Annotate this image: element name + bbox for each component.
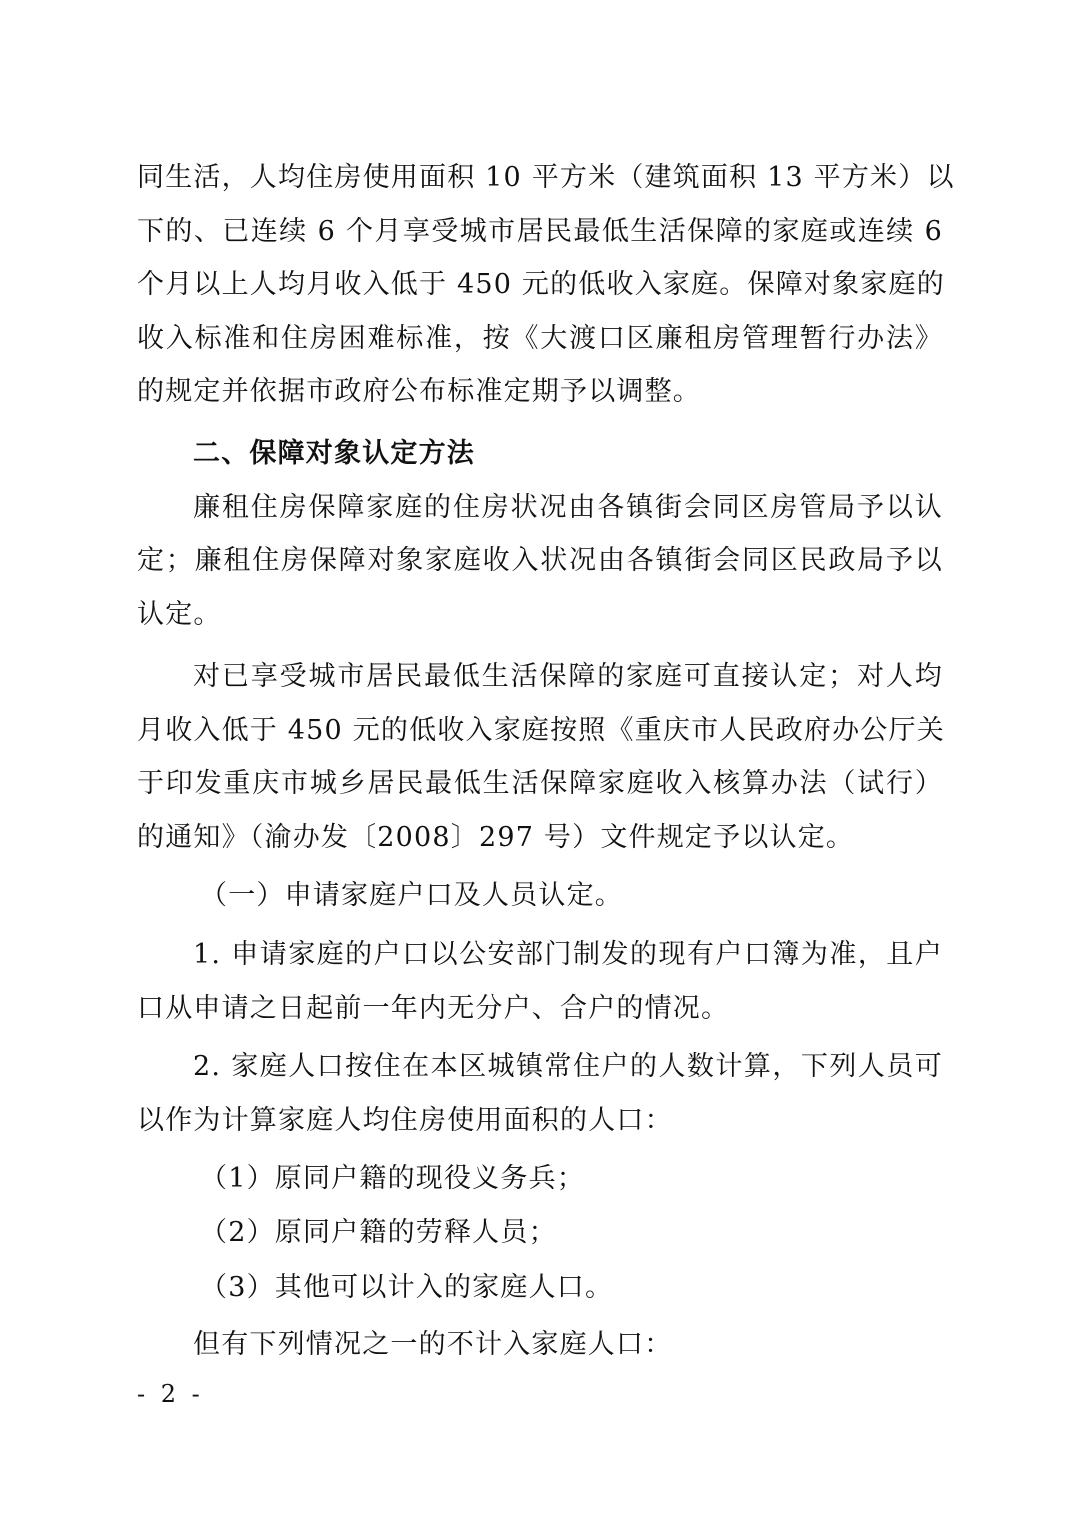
paragraph-line: 于印发重庆市城乡居民最低生活保障家庭收入核算办法（试行）: [137, 764, 943, 804]
list-item-line: 1. 申请家庭的户口以公安部门制发的现有户口簿为准，且户: [193, 935, 943, 975]
paragraph-line: 认定。: [137, 595, 943, 635]
paragraph-line: 廉租住房保障家庭的住房状况由各镇街会同区房管局予以认: [193, 488, 943, 528]
paragraph-line: 但有下列情况之一的不计入家庭人口：: [193, 1325, 943, 1365]
sub-list-item: （2）原同户籍的劳释人员；: [200, 1213, 940, 1253]
list-item-line: 以作为计算家庭人均住房使用面积的人口：: [137, 1101, 943, 1141]
sub-list-item: （1）原同户籍的现役义务兵；: [200, 1159, 940, 1199]
page-number: - 2 -: [137, 1376, 204, 1412]
sub-list-item: （3）其他可以计入的家庭人口。: [200, 1268, 940, 1308]
paragraph-line: 收入标准和住房困难标准，按《大渡口区廉租房管理暂行办法》: [137, 319, 943, 359]
paragraph-line: 对已享受城市居民最低生活保障的家庭可直接认定；对人均: [193, 657, 943, 697]
paragraph-line: 定；廉租住房保障对象家庭收入状况由各镇街会同区民政局予以: [137, 541, 943, 581]
section-heading: 二、保障对象认定方法: [193, 434, 943, 474]
document-page: 同生活，人均住房使用面积 10 平方米（建筑面积 13 平方米）以 下的、已连续…: [0, 0, 1074, 1520]
paragraph-line: 的规定并依据市政府公布标准定期予以调整。: [137, 372, 943, 412]
paragraph-line: 个月以上人均月收入低于 450 元的低收入家庭。保障对象家庭的: [137, 265, 943, 305]
list-item-line: 口从申请之日起前一年内无分户、合户的情况。: [137, 989, 943, 1029]
paragraph-line: 月收入低于 450 元的低收入家庭按照《重庆市人民政府办公厅关: [137, 711, 943, 751]
paragraph-line: 同生活，人均住房使用面积 10 平方米（建筑面积 13 平方米）以: [137, 158, 943, 198]
subsection-heading: （一）申请家庭户口及人员认定。: [200, 876, 940, 916]
list-item-line: 2. 家庭人口按住在本区城镇常住户的人数计算，下列人员可: [193, 1047, 943, 1087]
paragraph-line: 的通知》（渝办发〔2008〕297 号）文件规定予以认定。: [137, 818, 943, 858]
paragraph-line: 下的、已连续 6 个月享受城市居民最低生活保障的家庭或连续 6: [137, 212, 943, 252]
